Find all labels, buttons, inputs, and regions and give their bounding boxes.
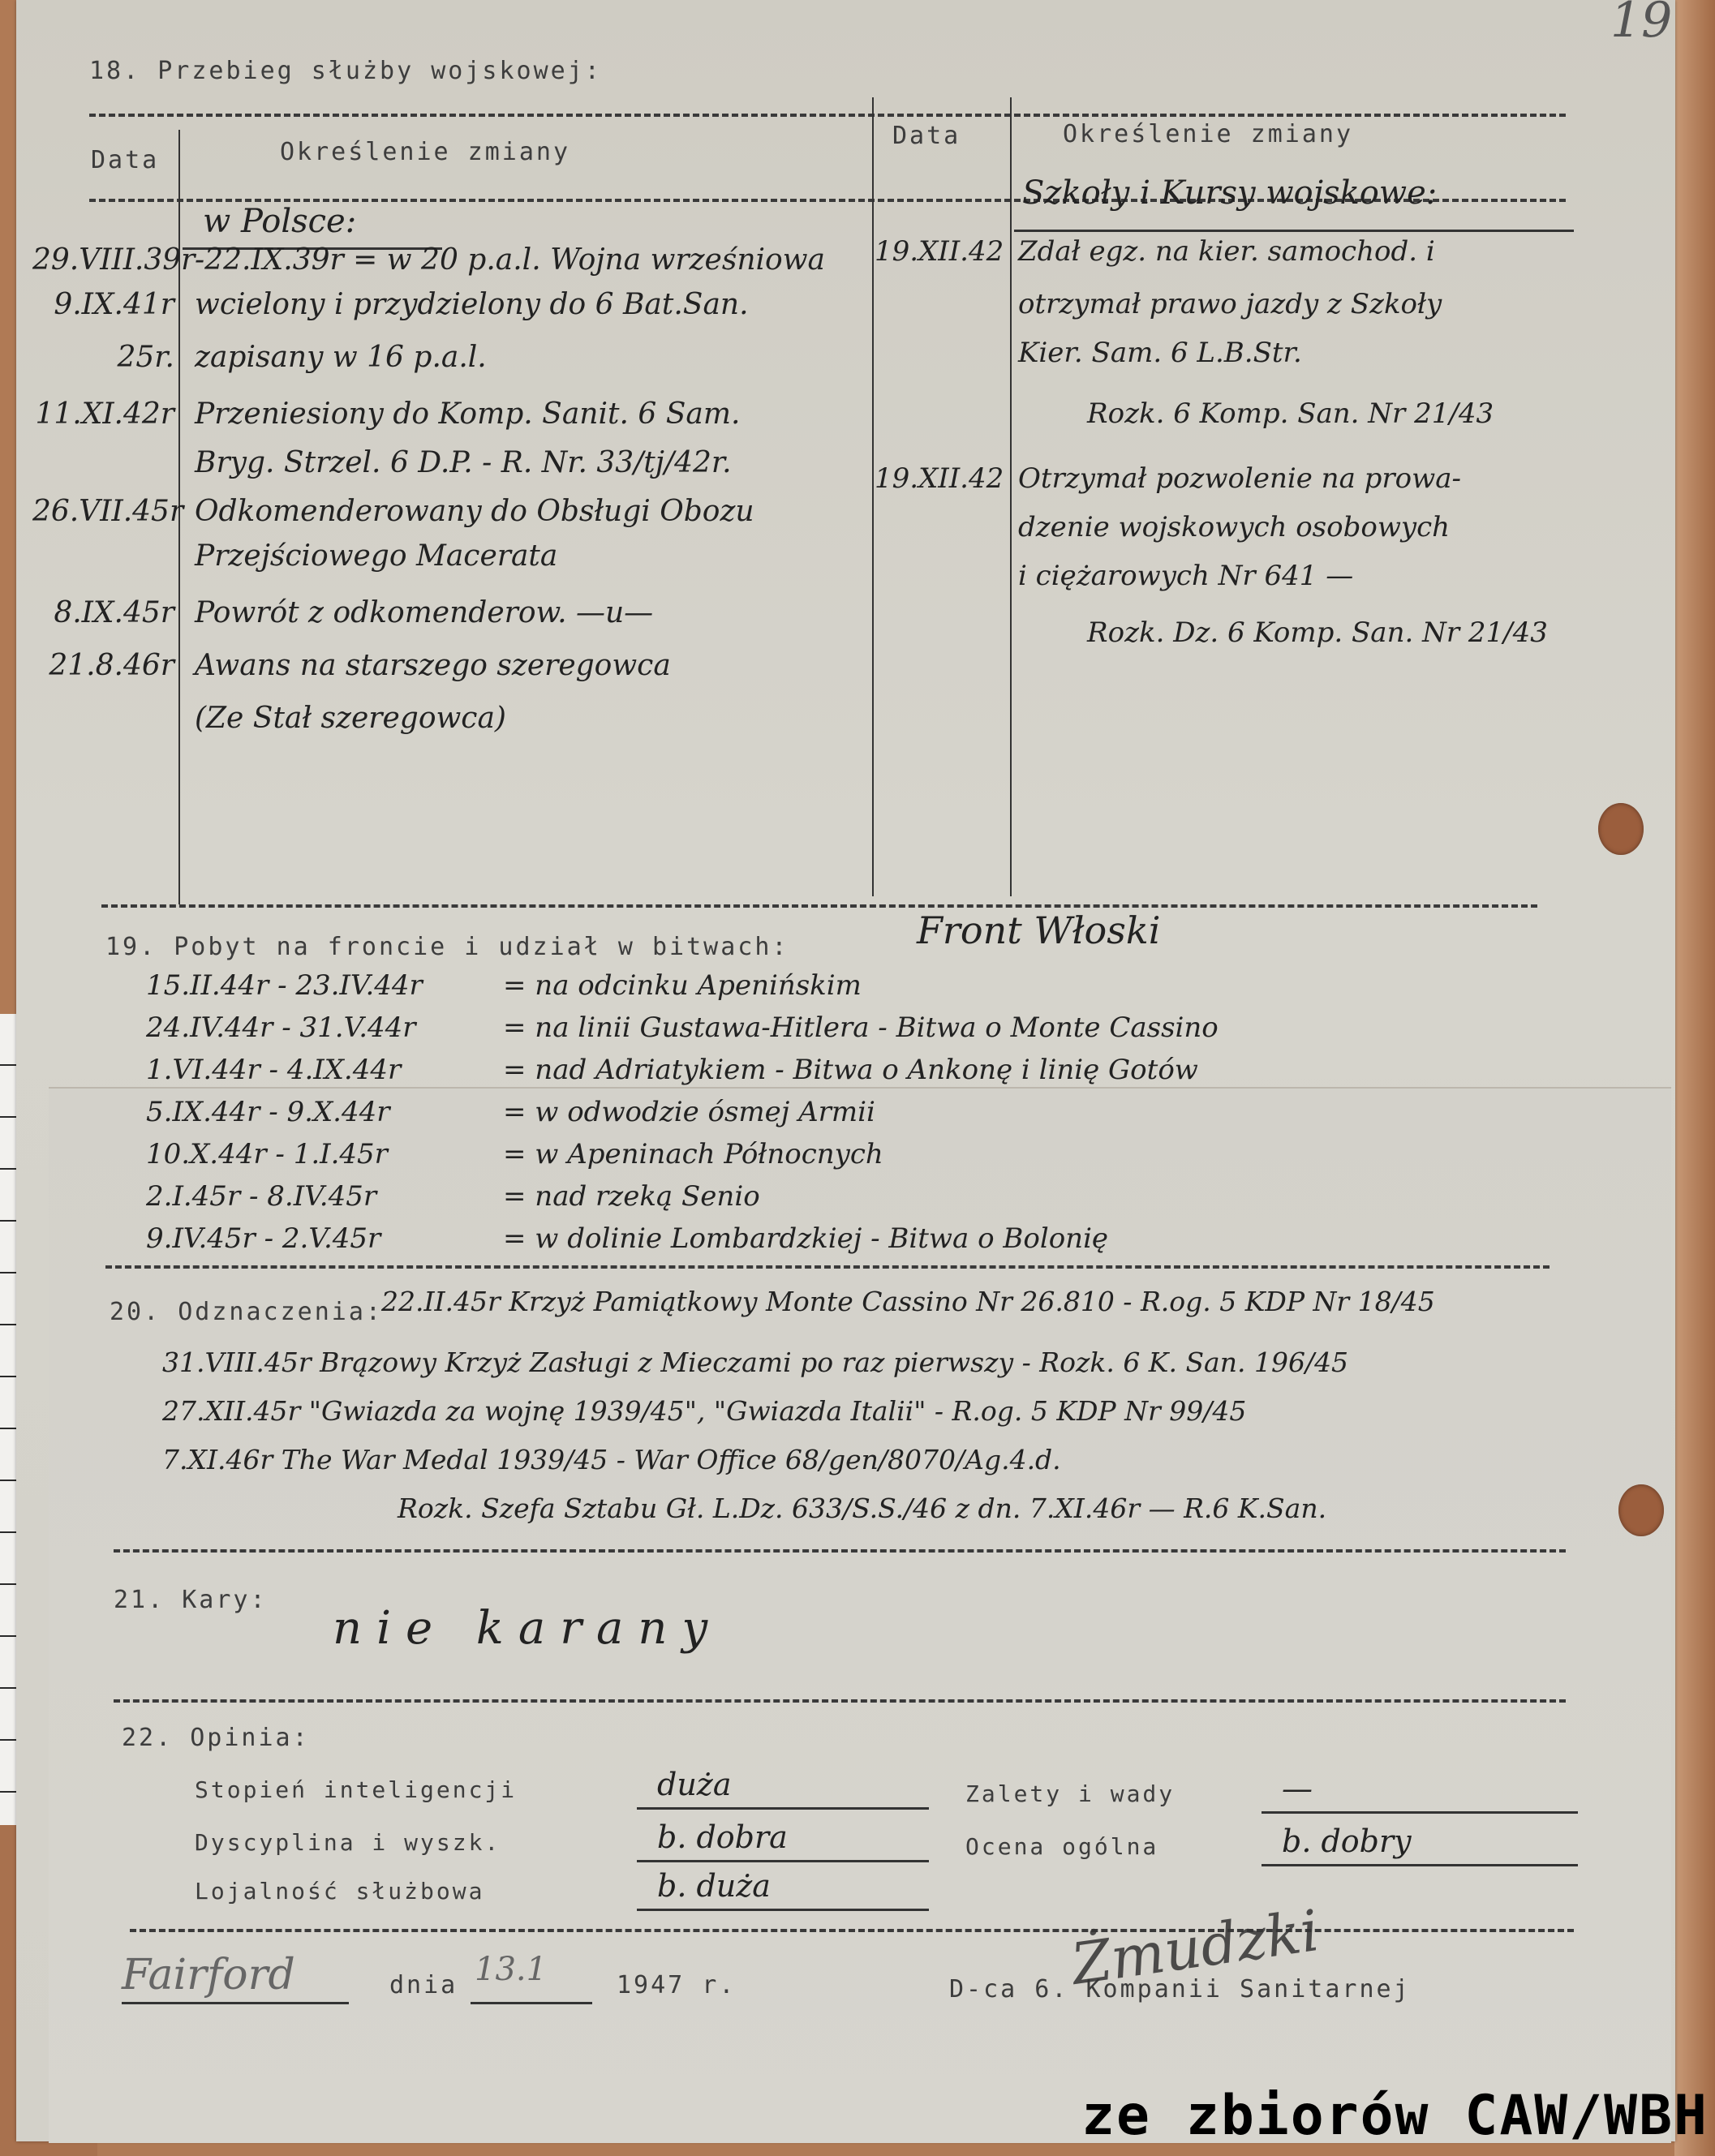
front-text: = nad rzeką Senio	[503, 1180, 760, 1213]
entry-date: 19.XII.42	[875, 462, 1004, 495]
entry-text: dzenie wojskowych osobowych	[1018, 511, 1450, 543]
column-divider	[872, 97, 874, 896]
underline	[637, 1909, 929, 1911]
opinion-label: Dyscyplina i wyszk.	[195, 1829, 501, 1856]
right-change-header: Określenie zmiany	[1063, 120, 1353, 148]
opinion-value: —	[1282, 1771, 1313, 1806]
penalties-value: nie karany	[333, 1602, 722, 1655]
front-period: 10.X.44r - 1.I.45r	[146, 1138, 388, 1170]
entry-text: Odkomenderowany do Obsługi Obozu	[195, 495, 754, 528]
entry-text: wcielony i przydzielony do 6 Bat.San.	[195, 288, 749, 321]
left-subheading: w Polsce:	[203, 203, 356, 240]
front-text: = w odwodzie ósmej Armii	[503, 1096, 875, 1128]
underline	[1262, 1864, 1578, 1866]
entry-text: otrzymał prawo jazdy z Szkoły	[1018, 288, 1442, 320]
divider	[101, 904, 1537, 908]
entry-text: Rozk. Dz. 6 Komp. San. Nr 21/43	[1087, 616, 1548, 649]
underline	[471, 2002, 592, 2004]
front-text: = nad Adriatykiem - Bitwa o Ankonę i lin…	[503, 1054, 1198, 1086]
entry-date: 21.8.46r	[32, 649, 174, 682]
underline	[637, 1860, 929, 1862]
decoration-entry: Rozk. Szefa Sztabu Gł. L.Dz. 633/S.S./46…	[398, 1492, 1326, 1524]
entry-date: 8.IX.45r	[32, 596, 174, 629]
opinion-value: b. duża	[657, 1868, 771, 1904]
entry-text: Rozk. 6 Komp. San. Nr 21/43	[1087, 397, 1494, 430]
right-subheading: Szkoły i Kursy wojskowe:	[1022, 174, 1437, 212]
section-21-title: 21. Kary:	[114, 1586, 268, 1614]
entry-text: Zdał egz. na kier. samochod. i	[1018, 235, 1435, 268]
divider	[89, 114, 1566, 117]
opinion-value: b. dobra	[657, 1819, 788, 1855]
archive-watermark: ze zbiorów CAW/WBH	[1081, 2084, 1709, 2148]
place-value: Fairford	[122, 1951, 295, 1999]
front-period: 24.IV.44r - 31.V.44r	[146, 1011, 416, 1044]
day-label: dnia	[389, 1971, 458, 1999]
year-label: 1947 r.	[617, 1971, 736, 1999]
decoration-entry: 27.XII.45r "Gwiazda za wojnę 1939/45", "…	[162, 1395, 1246, 1427]
entry-text: (Ze Stał szeregowca)	[195, 702, 506, 735]
underline	[1262, 1811, 1578, 1814]
entry-text: -22.IX.39r = w 20 p.a.l. Wojna wrześniow…	[195, 243, 825, 277]
entry-text: Kier. Sam. 6 L.B.Str.	[1018, 337, 1302, 369]
decoration-entry: 7.XI.46r The War Medal 1939/45 - War Off…	[162, 1444, 1061, 1475]
entry-text: zapisany w 16 p.a.l.	[195, 341, 487, 374]
divider	[130, 1929, 1574, 1932]
page-number: 19	[1610, 0, 1672, 49]
opinion-label: Lojalność służbowa	[195, 1878, 484, 1905]
front-text: = w Apeninach Północnych	[503, 1138, 883, 1170]
front-period: 2.I.45r - 8.IV.45r	[146, 1180, 376, 1213]
divider	[114, 1549, 1566, 1553]
right-date-header: Data	[892, 122, 961, 150]
entry-text: Przejściowego Macerata	[195, 539, 557, 573]
entry-text: i ciężarowych Nr 641 —	[1018, 560, 1353, 592]
divider	[105, 1265, 1550, 1269]
entry-text: Przeniesiony do Komp. Sanit. 6 Sam.	[195, 397, 740, 431]
entry-text: Awans na starszego szeregowca	[195, 649, 671, 682]
entry-date: 9.IX.41r	[32, 288, 174, 321]
divider	[114, 1699, 1566, 1703]
date-value: 13.1	[475, 1951, 547, 1988]
section-20-title: 20. Odznaczenia:	[110, 1298, 383, 1326]
left-change-header: Określenie zmiany	[280, 138, 570, 166]
decoration-entry: 22.II.45r Krzyż Pamiątkowy Monte Cassino…	[381, 1286, 1435, 1317]
entry-text: Otrzymał pozwolenie na prowa-	[1018, 462, 1461, 495]
punch-hole	[1618, 1484, 1664, 1536]
underline	[122, 2002, 349, 2004]
section-19-title: 19. Pobyt na froncie i udział w bitwach:	[105, 933, 789, 961]
front-period: 5.IX.44r - 9.X.44r	[146, 1096, 389, 1128]
front-text: = na odcinku Apenińskim	[503, 969, 862, 1002]
punch-hole	[1598, 803, 1644, 855]
left-date-header: Data	[91, 146, 159, 174]
entry-date: 29.VIII.39r	[32, 243, 174, 277]
opinion-label: Ocena ogólna	[965, 1833, 1158, 1860]
opinion-value: b. dobry	[1282, 1823, 1412, 1859]
entry-date: 11.XI.42r	[32, 397, 174, 431]
section-22-title: 22. Opinia:	[122, 1724, 310, 1752]
entry-date: 25r.	[32, 341, 174, 374]
entry-date: 19.XII.42	[875, 235, 1004, 268]
underline	[637, 1807, 929, 1810]
front-period: 1.VI.44r - 4.IX.44r	[146, 1054, 401, 1086]
opinion-label: Zalety i wady	[965, 1780, 1175, 1807]
entry-date: 26.VII.45r	[32, 495, 174, 528]
opinion-label: Stopień inteligencji	[195, 1776, 517, 1803]
front-text: = w dolinie Lombardzkiej - Bitwa o Bolon…	[503, 1222, 1108, 1255]
column-divider	[1010, 97, 1012, 896]
folder-edge-right	[1674, 0, 1715, 2156]
entry-text: Powrót z odkomenderow. —u—	[195, 596, 653, 629]
front-period: 9.IV.45r - 2.V.45r	[146, 1222, 380, 1255]
front-period: 15.II.44r - 23.IV.44r	[146, 969, 423, 1002]
front-name: Front Włoski	[917, 908, 1160, 952]
underline	[1014, 230, 1574, 232]
entry-text: Bryg. Strzel. 6 D.P. - R. Nr. 33/tj/42r.	[195, 446, 732, 479]
decoration-entry: 31.VIII.45r Brązowy Krzyż Zasługi z Miec…	[162, 1346, 1348, 1378]
section-18-title: 18. Przebieg służby wojskowej:	[89, 57, 602, 85]
front-text: = na linii Gustawa-Hitlera - Bitwa o Mon…	[503, 1011, 1219, 1044]
opinion-value: duża	[657, 1767, 731, 1802]
